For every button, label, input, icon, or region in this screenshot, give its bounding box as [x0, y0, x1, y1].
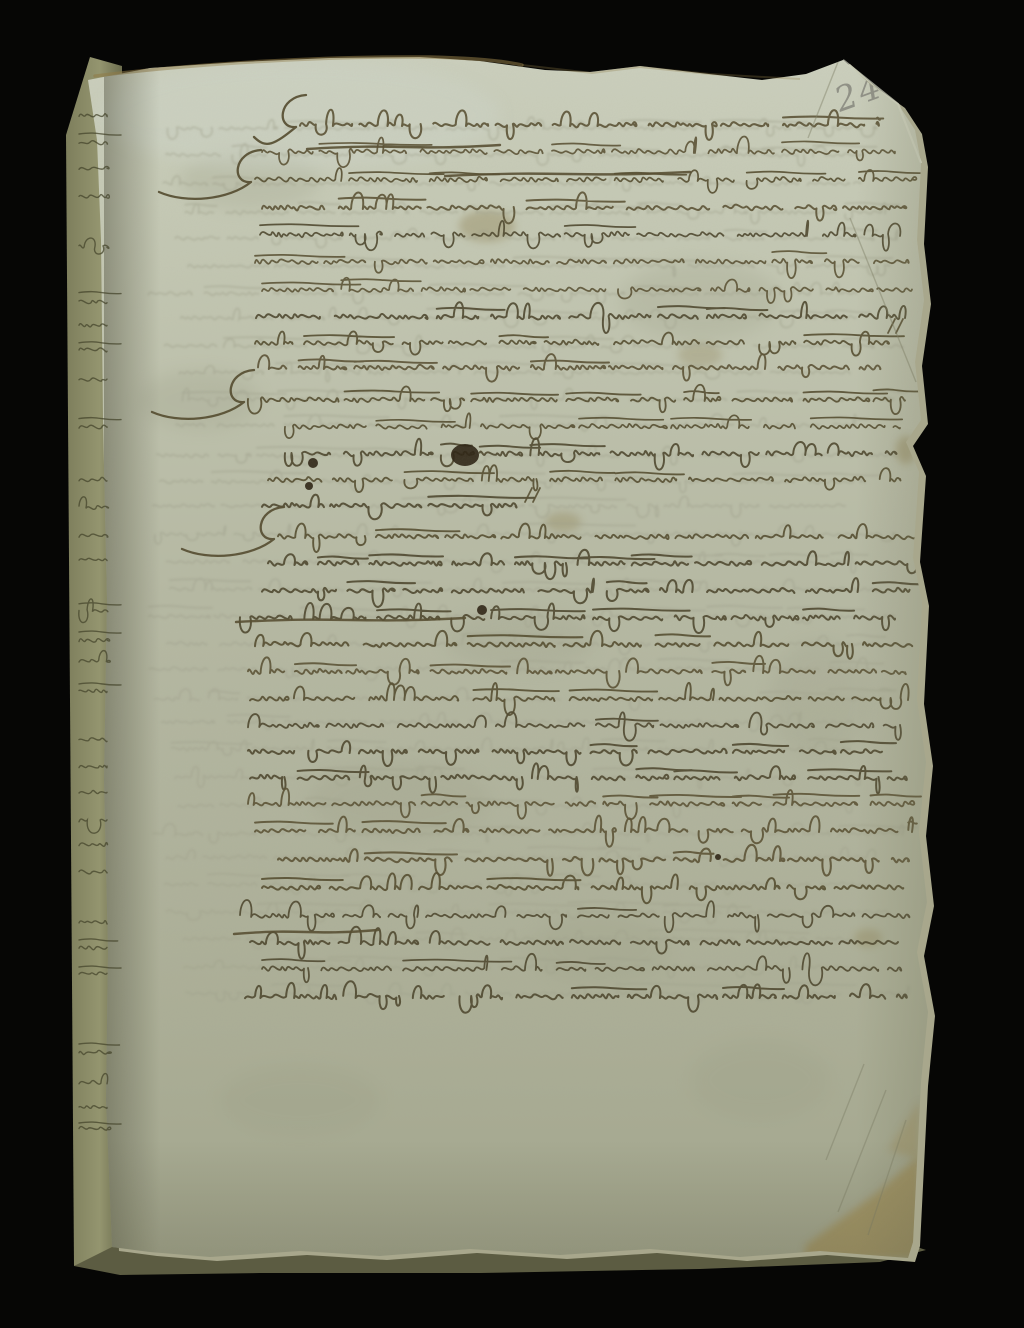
manuscript-scene: 249 — [0, 0, 1024, 1328]
paper-grain-texture — [60, 40, 960, 1290]
manuscript-photo: 249 — [0, 0, 1024, 1328]
